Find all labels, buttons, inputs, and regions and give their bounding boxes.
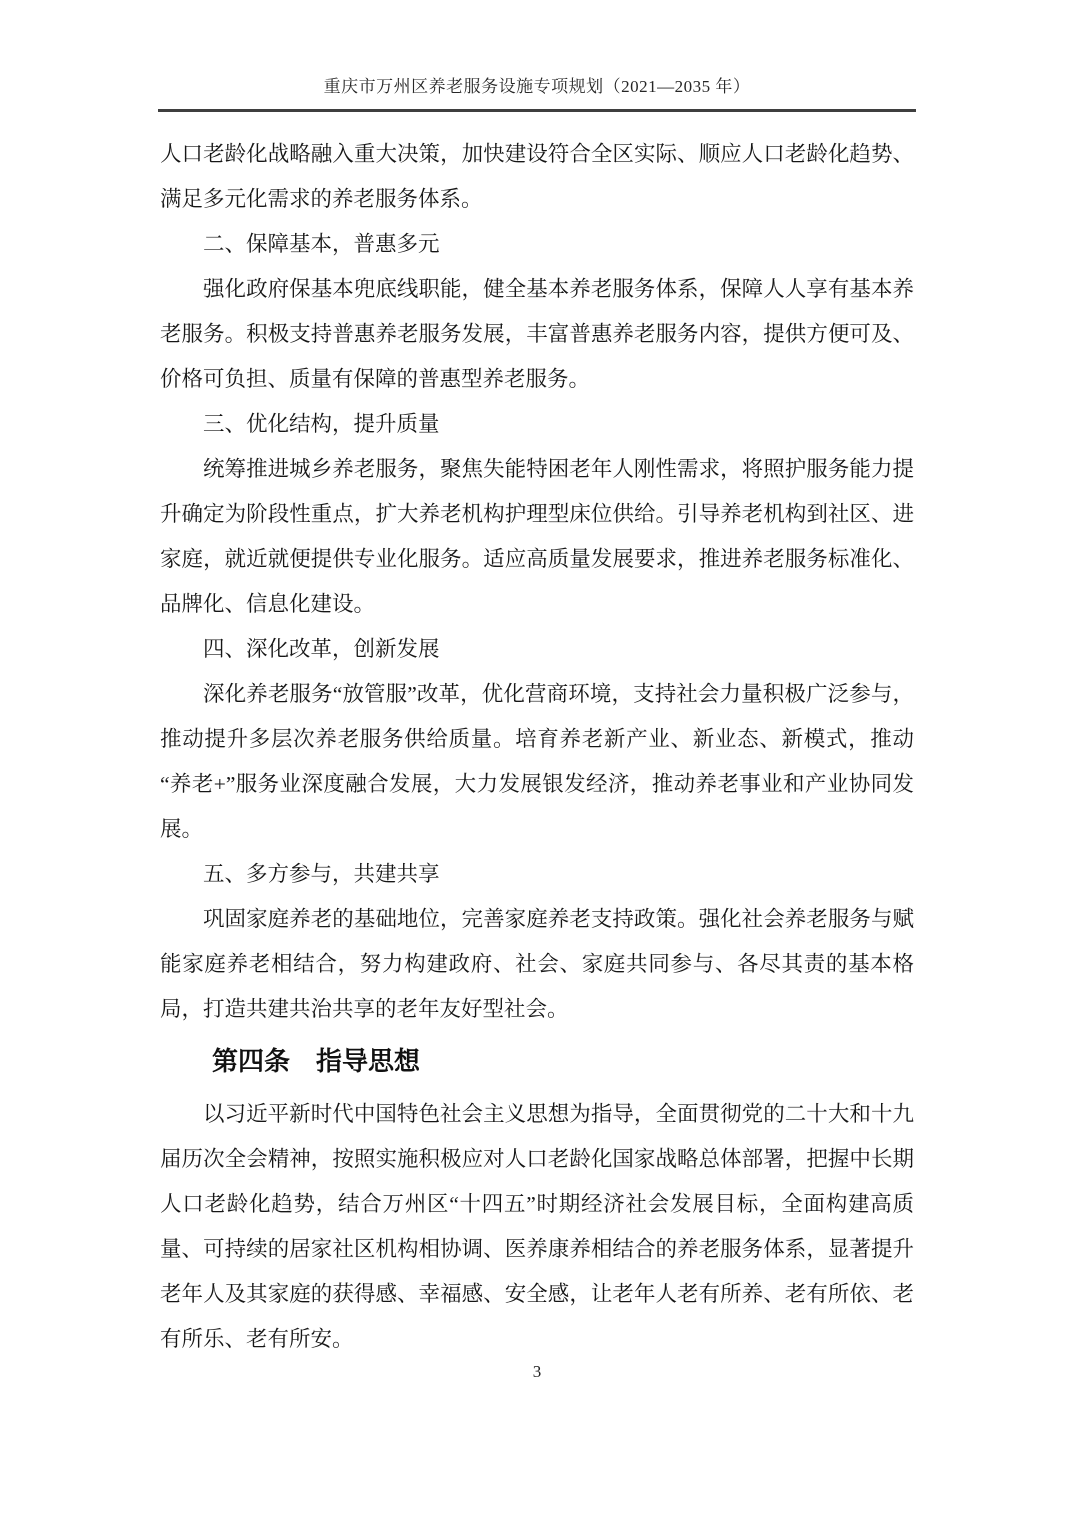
article-4-heading: 第四条 指导思想 [160,1040,914,1082]
document-header-title: 重庆市万州区养老服务设施专项规划（2021—2035 年） [158,72,916,97]
paragraph-continuation: 人口老龄化战略融入重大决策，加快建设符合全区实际、顺应人口老龄化趋势、满足多元化… [160,132,914,222]
subsection-heading-5: 五、多方参与，共建共享 [160,852,914,897]
body-paragraph: 统筹推进城乡养老服务，聚焦失能特困老年人刚性需求，将照护服务能力提升确定为阶段性… [160,447,914,627]
header-rule [158,109,916,112]
body-paragraph: 强化政府保基本兜底线职能，健全基本养老服务体系，保障人人享有基本养老服务。积极支… [160,267,914,402]
page-number: 3 [0,1362,1074,1382]
subsection-heading-2: 二、保障基本，普惠多元 [160,222,914,267]
body-paragraph: 巩固家庭养老的基础地位，完善家庭养老支持政策。强化社会养老服务与赋能家庭养老相结… [160,897,914,1032]
body-paragraph: 以习近平新时代中国特色社会主义思想为指导，全面贯彻党的二十大和十九届历次全会精神… [160,1092,914,1362]
subsection-heading-4: 四、深化改革，创新发展 [160,627,914,672]
document-page: 重庆市万州区养老服务设施专项规划（2021—2035 年） 人口老龄化战略融入重… [0,0,1074,1520]
document-body: 人口老龄化战略融入重大决策，加快建设符合全区实际、顺应人口老龄化趋势、满足多元化… [160,132,914,1362]
subsection-heading-3: 三、优化结构，提升质量 [160,402,914,447]
body-paragraph: 深化养老服务“放管服”改革，优化营商环境，支持社会力量积极广泛参与，推动提升多层… [160,672,914,852]
